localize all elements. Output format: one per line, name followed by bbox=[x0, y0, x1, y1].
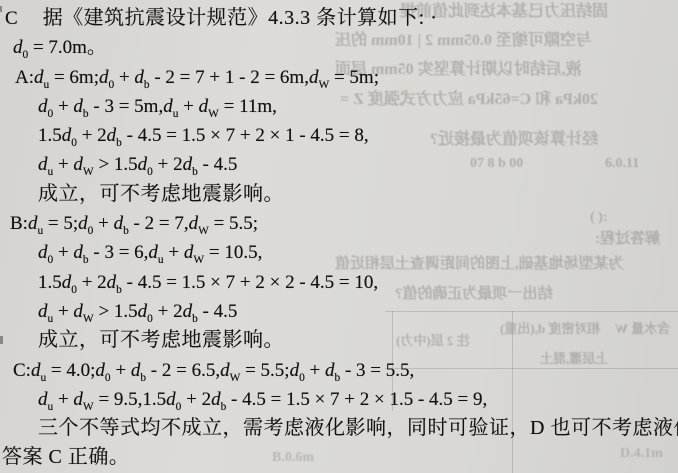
conclusion-line-b: 成立，可不考虑地震影响。 bbox=[38, 326, 678, 355]
heading-line: C据《建筑抗震设计规范》4.3.3 条计算如下: · bbox=[5, 4, 678, 33]
formula-line: du + dW > 1.5d0 + 2db - 4.5 bbox=[38, 150, 678, 179]
formula-line: du + dW > 1.5d0 + 2db - 4.5 bbox=[38, 297, 678, 326]
formula-line-d0: d0 = 7.0m。 bbox=[13, 33, 678, 62]
scanned-textbook-page: 固结压力已基本达到此值前提 与空隙可缩至 0.05mm 2 | 10mm 的压 … bbox=[0, 0, 678, 473]
formula-line-case-a: A:du = 6m;d0 + db - 2 = 7 + 1 - 2 = 6m,d… bbox=[15, 63, 678, 92]
formula-line: 1.5d0 + 2db - 4.5 = 1.5 × 7 + 2 × 1 - 4.… bbox=[38, 121, 678, 150]
heading-text: 据《建筑抗震设计规范》4.3.3 条计算如下: · bbox=[43, 7, 438, 29]
formula-line-case-b: B:du = 5;d0 + db - 2 = 7,dW = 5.5; bbox=[10, 209, 678, 238]
answer-letter: C bbox=[5, 8, 18, 29]
formula-line-case-c: C:du = 4.0;d0 + db - 2 = 6.5,dW = 5.5;d0… bbox=[13, 356, 678, 385]
formula-line: 1.5d0 + 2db - 4.5 = 1.5 × 7 + 2 × 2 - 4.… bbox=[38, 268, 678, 297]
conclusion-line-a: 成立，可不考虑地震影响。 bbox=[38, 180, 678, 209]
formula-line: d0 + db - 3 = 6,du + dW = 10.5, bbox=[38, 238, 678, 267]
final-answer-line: 答案 C 正确。 bbox=[2, 443, 678, 472]
formula-line: du + dW = 9.5,1.5d0 + 2db - 4.5 = 1.5 × … bbox=[38, 385, 678, 414]
formula-line: d0 + db - 3 = 5m,du + dW = 11m, bbox=[38, 92, 678, 121]
conclusion-line-c: 三个不等式均不成立，需考虑液化影响，同时可验证，D 也可不考虑液化影响 bbox=[38, 414, 678, 443]
solution-text: C据《建筑抗震设计规范》4.3.3 条计算如下: · d0 = 7.0m。 A:… bbox=[0, 0, 678, 473]
